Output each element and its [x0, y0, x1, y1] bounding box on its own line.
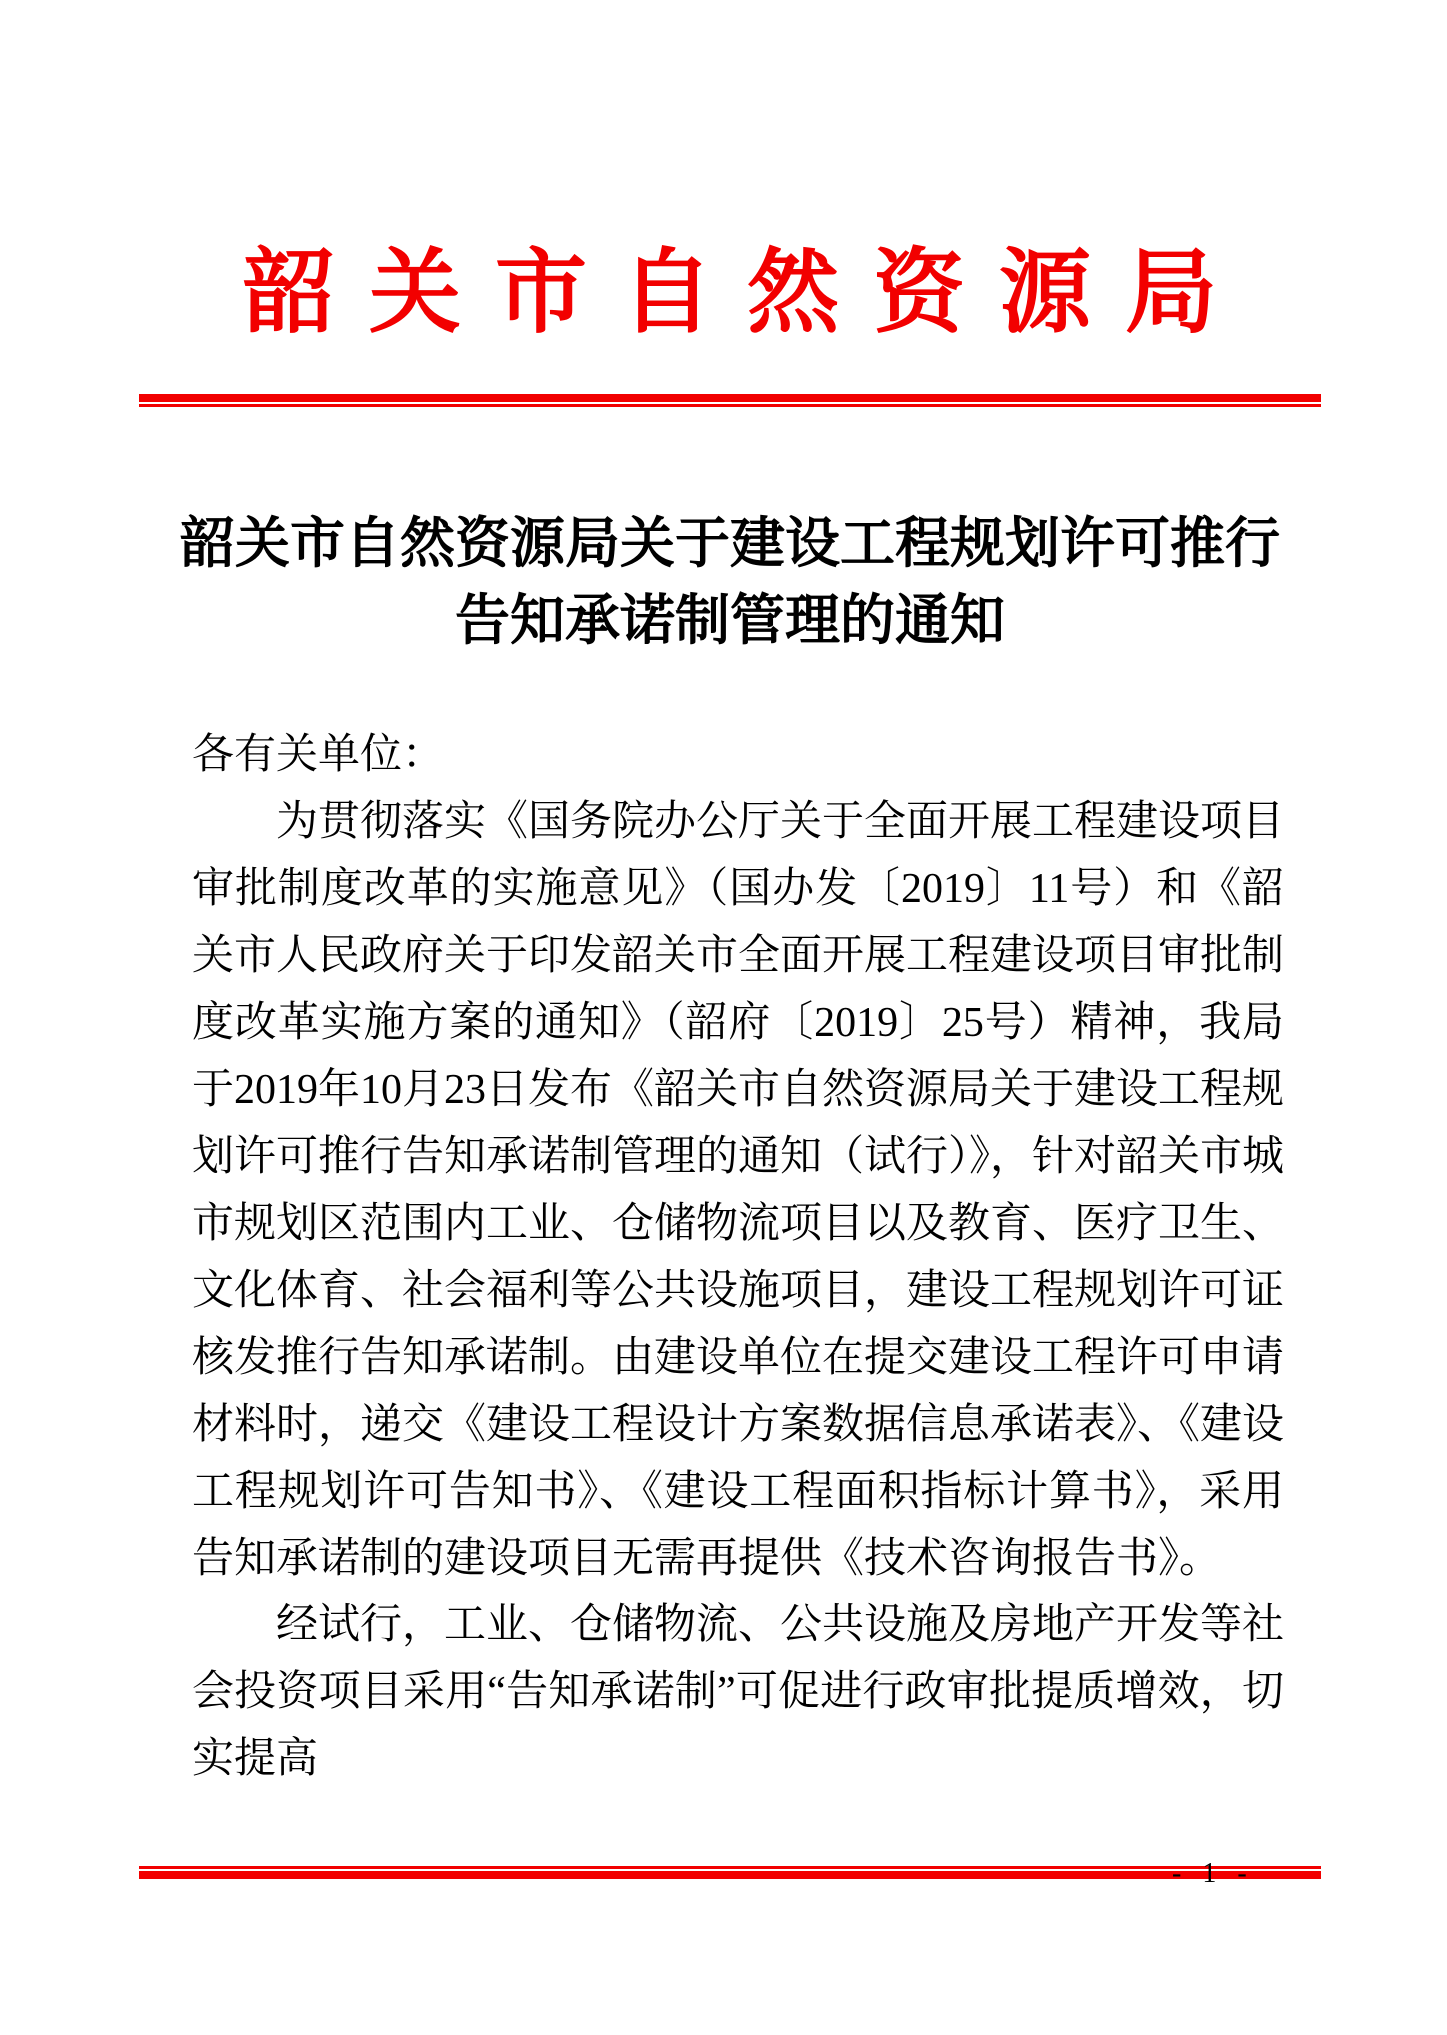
header-divider-line [139, 394, 1321, 407]
footer-divider-line [139, 1866, 1321, 1879]
salutation: 各有关单位： [192, 727, 444, 783]
page-number: - 1 - [1172, 1858, 1254, 1890]
document-page: 韶关市自然资源局 韶关市自然资源局关于建设工程规划许可推行 告知承诺制管理的通知… [0, 0, 1447, 2035]
agency-header-title: 韶关市自然资源局 [139, 238, 1321, 348]
document-title-line2: 告知承诺制管理的通知 [139, 582, 1321, 659]
document-title-line1: 韶关市自然资源局关于建设工程规划许可推行 [139, 505, 1321, 582]
body-paragraph-1: 为贯彻落实《国务院办公厅关于全面开展工程建设项目审批制度改革的实施意见》（国办发… [192, 789, 1284, 1593]
body-paragraph-2: 经试行，工业、仓储物流、公共设施及房地产开发等社会投资项目采用“告知承诺制”可促… [192, 1592, 1284, 1793]
document-title: 韶关市自然资源局关于建设工程规划许可推行 告知承诺制管理的通知 [139, 505, 1321, 659]
